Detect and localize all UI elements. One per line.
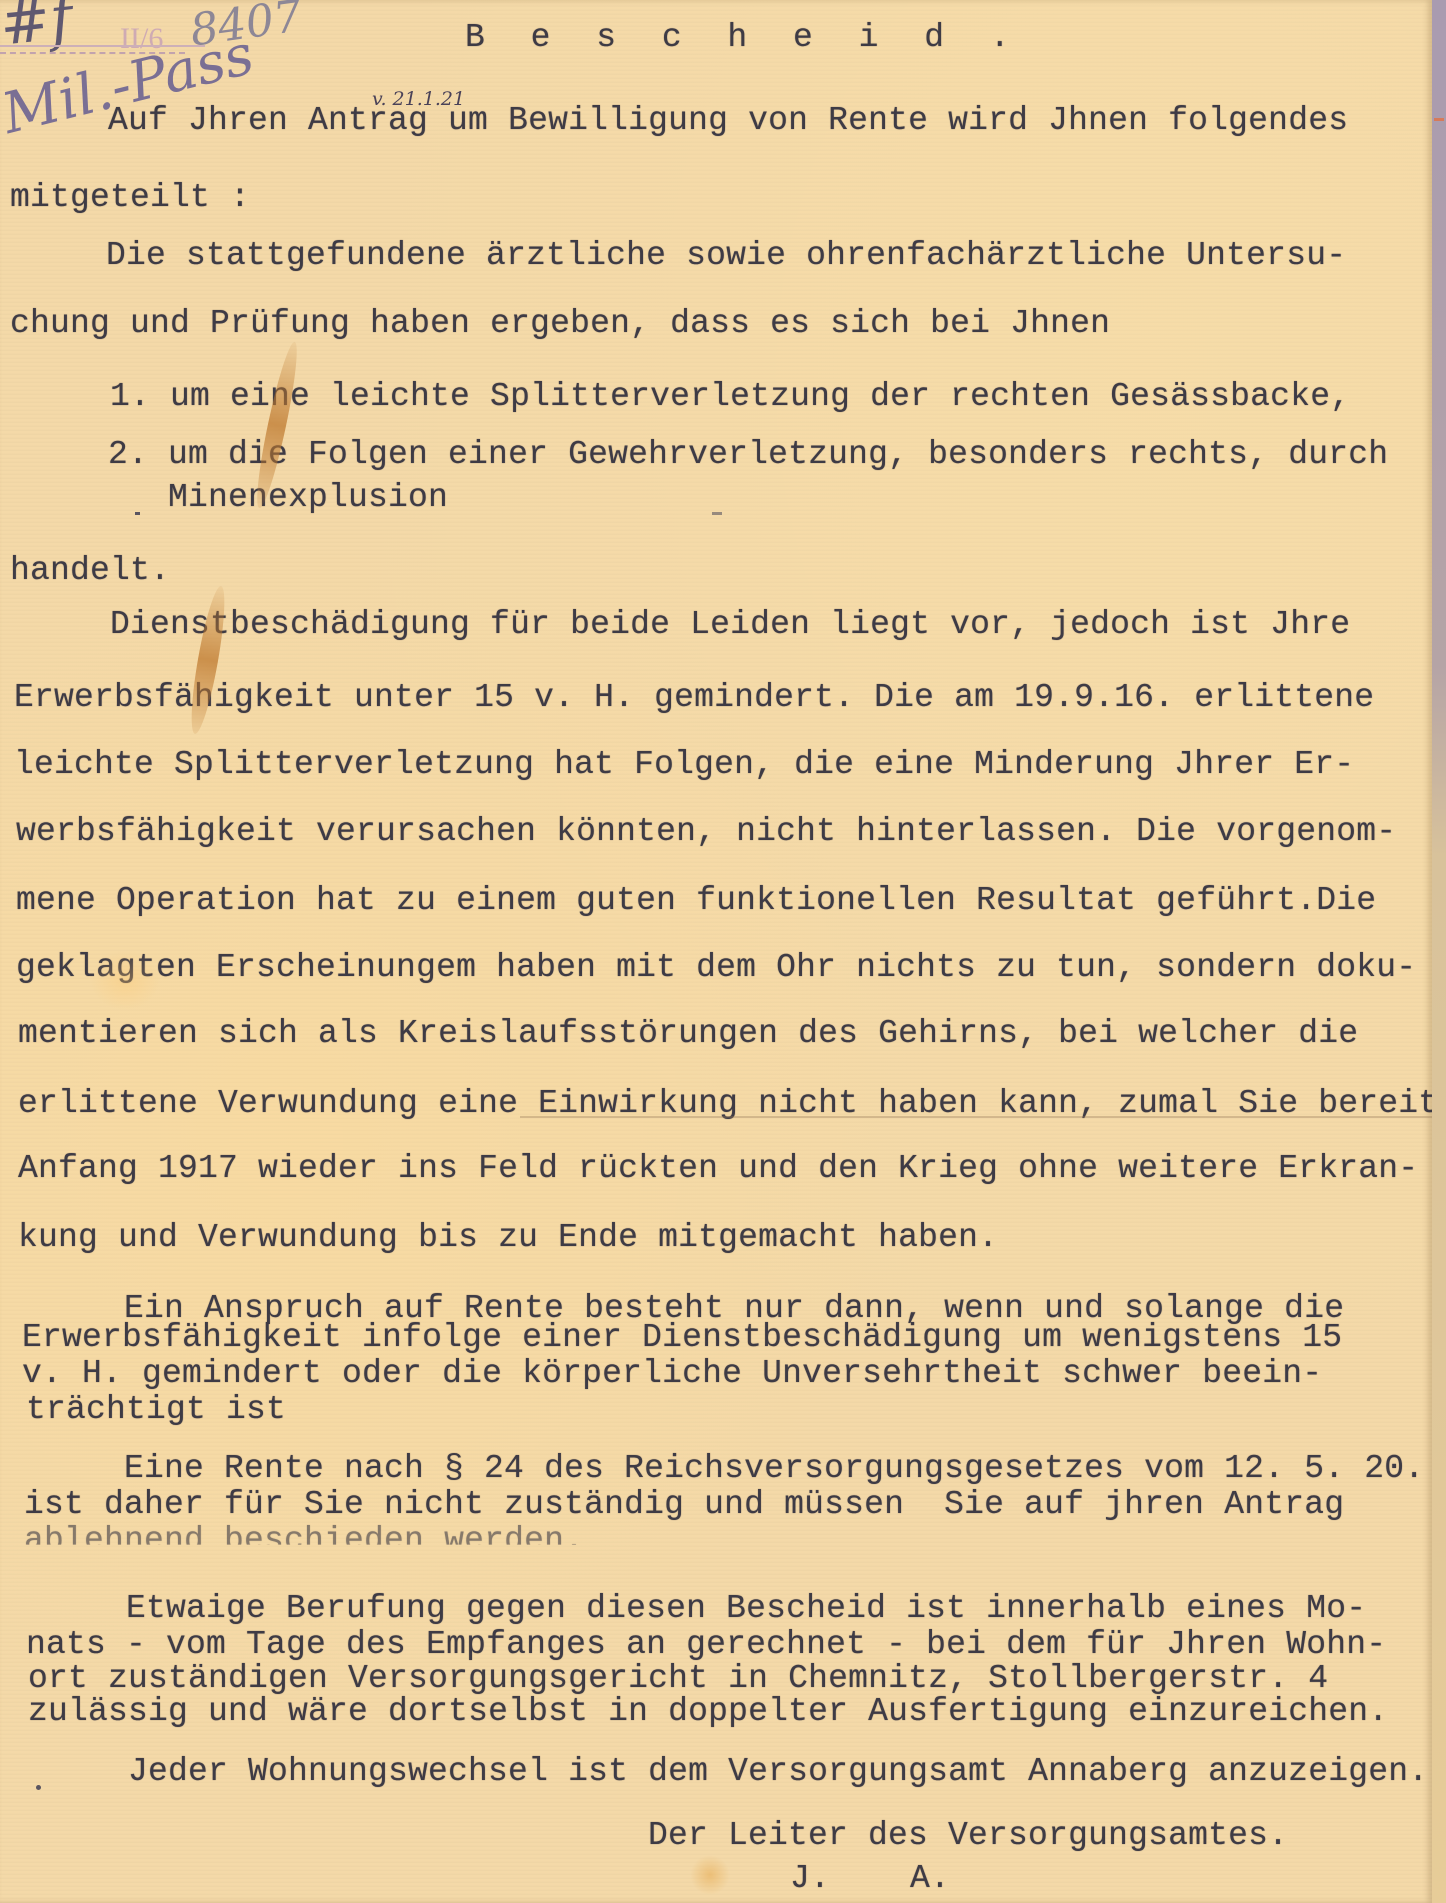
- signature-initials: J. A.: [790, 1861, 950, 1897]
- text-line: geklagten Erscheinungem haben mit dem Oh…: [16, 950, 1416, 986]
- text-line: leichte Splitterverletzung hat Folgen, d…: [14, 747, 1354, 783]
- signature-line: Der Leiter des Versorgungsamtes.: [648, 1818, 1288, 1854]
- text-line: ort zuständigen Versorgungsgericht in Ch…: [28, 1661, 1328, 1697]
- typed-dot-mark: [36, 1785, 41, 1790]
- text-line: Jeder Wohnungswechsel ist dem Versorgung…: [128, 1754, 1428, 1790]
- text-line: nats - vom Tage des Empfanges an gerechn…: [26, 1627, 1386, 1663]
- typed-dash-mark: [712, 512, 722, 515]
- text-line: werbsfähigkeit verursachen könnten, nich…: [16, 814, 1396, 850]
- paper-fold-line: [520, 1116, 1432, 1118]
- text-line: Anfang 1917 wieder ins Feld rückten und …: [18, 1151, 1418, 1187]
- text-line: v. H. gemindert oder die körperliche Unv…: [22, 1356, 1322, 1392]
- text-line: trächtigt ist: [26, 1392, 286, 1428]
- document-title: B e s c h e i d .: [465, 20, 1023, 56]
- text-line: Erwerbsfähigkeit infolge einer Dienstbes…: [22, 1320, 1342, 1356]
- text-line: mentieren sich als Kreislaufsstörungen d…: [18, 1016, 1358, 1052]
- text-line: chung und Prüfung haben ergeben, dass es…: [10, 306, 1110, 342]
- text-line: Auf Jhren Antrag um Bewilligung von Rent…: [108, 103, 1348, 139]
- page-edge-strip: [1432, 0, 1446, 1903]
- list-item: 1. um eine leichte Splitterverletzung de…: [110, 379, 1350, 415]
- text-line: handelt.: [10, 553, 170, 589]
- text-line: kung und Verwundung bis zu Ende mitgemac…: [18, 1220, 998, 1256]
- text-line: ablehnend beschieden werden.: [24, 1523, 584, 1559]
- typed-dot-mark: [135, 512, 140, 515]
- red-edge-mark: [1434, 118, 1444, 121]
- text-line: Dienstbeschädigung für beide Leiden lieg…: [110, 607, 1350, 643]
- text-line: mene Operation hat zu einem guten funkti…: [16, 883, 1376, 919]
- text-line: Eine Rente nach § 24 des Reichsversorgun…: [124, 1451, 1424, 1487]
- text-line: Erwerbsfähigkeit unter 15 v. H. geminder…: [14, 680, 1374, 716]
- document-page: #f II/6 8407 Mil.-Pass B e s c h e i d .…: [0, 0, 1432, 1903]
- text-line: mitgeteilt :: [10, 180, 250, 216]
- text-line: Minenexplusion: [168, 480, 448, 516]
- text-line: zulässig und wäre dortselbst in doppelte…: [28, 1694, 1388, 1730]
- stain-mark: [90, 950, 160, 1010]
- stain-mark: [690, 1855, 730, 1895]
- text-line: ist daher für Sie nicht zuständig und mü…: [24, 1487, 1344, 1523]
- text-line: Die stattgefundene ärztliche sowie ohren…: [106, 238, 1346, 274]
- text-line: Etwaige Berufung gegen diesen Bescheid i…: [126, 1591, 1366, 1627]
- list-item: 2. um die Folgen einer Gewehrverletzung,…: [108, 437, 1388, 473]
